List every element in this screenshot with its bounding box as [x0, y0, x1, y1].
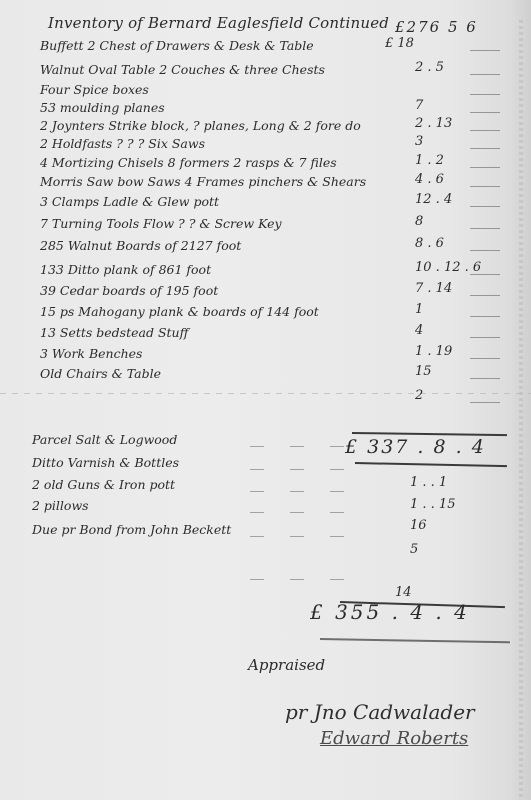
item-description: Parcel Salt & Logwood	[32, 432, 362, 447]
item-description: Due pr Bond from John Beckett	[32, 522, 362, 537]
item-amount: 5	[410, 542, 520, 557]
item-description: 2 Holdfasts ? ? ? Six Saws	[40, 136, 370, 151]
item-amount: 12 . 4	[415, 192, 525, 207]
leader-dash	[470, 295, 500, 296]
item-amount: 1 . . 1	[410, 475, 520, 490]
inventory-title: Inventory of Bernard Eaglesfield Continu…	[48, 14, 389, 32]
leader-dash	[470, 167, 500, 168]
leader-dash	[250, 579, 370, 580]
item-description: Morris Saw bow Saws 4 Frames pinchers & …	[40, 174, 370, 189]
item-amount: 4 . 6	[415, 172, 525, 187]
appraised-label: Appraised	[248, 656, 325, 674]
leader-dash	[250, 512, 370, 513]
item-amount: 1 . . 15	[410, 497, 520, 512]
item-description: 15 ps Mahogany plank & boards of 144 foo…	[40, 304, 370, 319]
item-amount: 16	[410, 518, 520, 533]
leader-dash	[470, 148, 500, 149]
leader-dash	[470, 274, 500, 275]
item-amount: 14	[395, 585, 505, 600]
item-description: Buffett 2 Chest of Drawers & Desk & Tabl…	[40, 38, 370, 53]
manuscript-page: Inventory of Bernard Eaglesfield Continu…	[0, 0, 531, 800]
leader-dash	[470, 378, 500, 379]
leader-dash	[470, 74, 500, 75]
subtotal-rule-bottom	[355, 462, 507, 467]
leader-dash	[470, 130, 500, 131]
item-description: 2 pillows	[32, 498, 362, 513]
leader-dash	[470, 228, 500, 229]
item-amount: 15	[415, 364, 525, 379]
item-description: Ditto Varnish & Bottles	[32, 455, 362, 470]
item-amount: 8 . 6	[415, 236, 525, 251]
leader-dash	[470, 316, 500, 317]
leader-dash	[250, 536, 370, 537]
subtotal-amount: £ 337 . 8 . 4	[345, 436, 486, 458]
item-description: 13 Setts bedstead Stuff	[40, 325, 370, 340]
item-description: 4 Mortizing Chisels 8 formers 2 rasps & …	[40, 155, 370, 170]
item-amount: 10 . 12 . 6	[415, 260, 525, 275]
item-amount: 3	[415, 134, 525, 149]
item-description: 3 Work Benches	[40, 346, 370, 361]
leader-dash	[250, 491, 370, 492]
leader-dash	[470, 186, 500, 187]
item-amount: 7 . 14	[415, 281, 525, 296]
carried-forward-amount: £276 5 6	[395, 18, 478, 36]
item-description: 2 Joynters Strike block, ? planes, Long …	[40, 118, 370, 133]
leader-dash	[470, 112, 500, 113]
leader-dash	[470, 50, 500, 51]
grand-total-amount: £ 355 . 4 . 4	[310, 600, 470, 624]
leader-dash	[470, 402, 500, 403]
leader-dash	[470, 94, 500, 95]
appraiser-signature-1: pr Jno Cadwalader	[285, 700, 475, 724]
item-description: 285 Walnut Boards of 2127 foot	[40, 238, 370, 253]
leader-dash	[470, 337, 500, 338]
item-description: Walnut Oval Table 2 Couches & three Ches…	[40, 62, 370, 77]
item-description: 7 Turning Tools Flow ? ? & Screw Key	[40, 216, 370, 231]
item-amount: 8	[415, 214, 525, 229]
total-rule-bottom	[320, 638, 510, 643]
leader-dash	[470, 250, 500, 251]
item-description: Four Spice boxes	[40, 82, 370, 97]
item-description: 133 Ditto plank of 861 foot	[40, 262, 370, 277]
leader-dash	[470, 206, 500, 207]
item-description: 53 moulding planes	[40, 100, 370, 115]
leader-dash	[250, 446, 370, 447]
item-amount: 4	[415, 323, 525, 338]
item-amount: 1 . 19	[415, 344, 525, 359]
item-description: 2 old Guns & Iron pott	[32, 477, 362, 492]
item-amount: 1	[415, 302, 525, 317]
item-amount: 2 . 5	[415, 60, 525, 75]
item-amount: 2	[415, 388, 525, 403]
item-amount: £ 18	[385, 36, 495, 51]
leader-dash	[250, 469, 370, 470]
item-description: Old Chairs & Table	[40, 366, 370, 381]
leader-dash	[470, 358, 500, 359]
appraiser-signature-2: Edward Roberts	[320, 728, 468, 749]
item-amount: 7	[415, 98, 525, 113]
item-amount: 2 . 13	[415, 116, 525, 131]
item-description: 3 Clamps Ladle & Glew pott	[40, 194, 370, 209]
item-description: 39 Cedar boards of 195 foot	[40, 283, 370, 298]
item-amount: 1 . 2	[415, 153, 525, 168]
